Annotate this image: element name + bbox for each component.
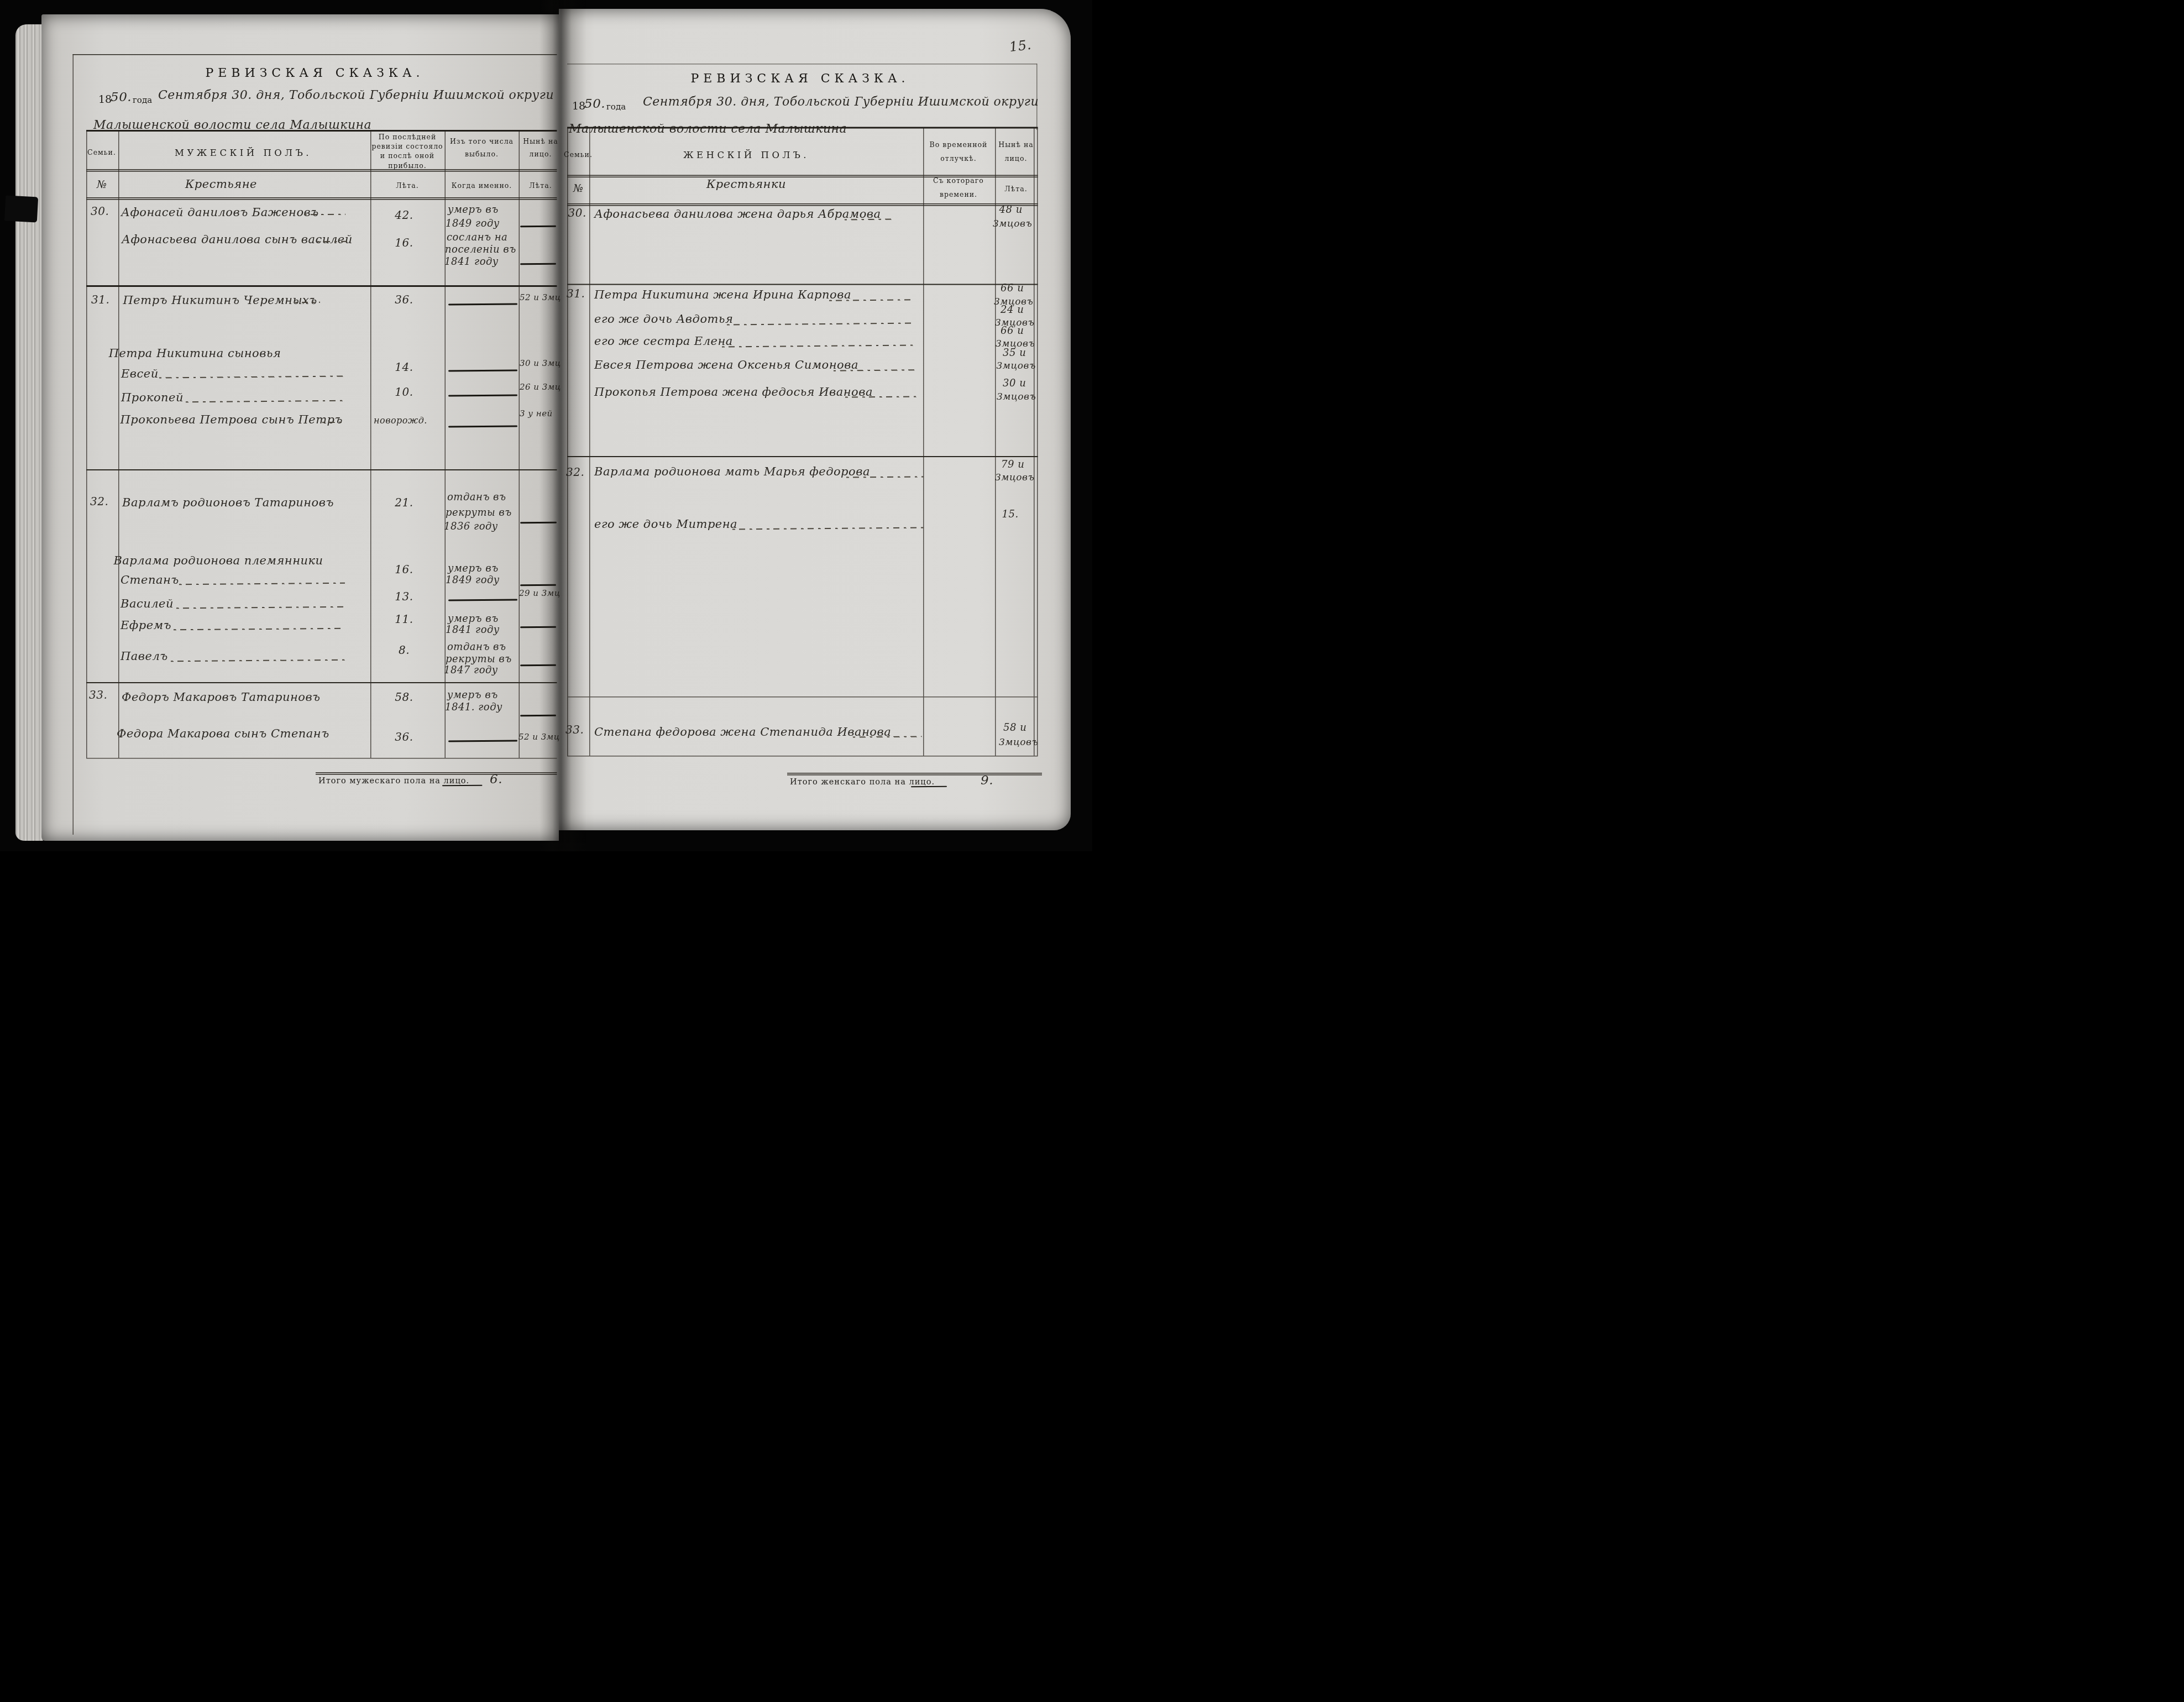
left-col-when: Когда именно. — [452, 181, 512, 190]
right-date-line: Сентября 30. дня, Тобольской Губерніи Иш… — [643, 95, 1039, 109]
leader-dashes — [295, 302, 320, 303]
left-col-revision: и послѣ оной — [380, 151, 434, 160]
right-class-handwritten: Крестьянки — [706, 177, 786, 191]
right-total-label: Итого женскаго пола на лицо. — [790, 777, 935, 786]
departed-note: 1841. году — [445, 701, 502, 713]
age-now-months: 3мцовъ — [997, 360, 1036, 371]
book-spread: РЕВИЗСКАЯ СКАЗКА. 18 50. года Сентября 3… — [0, 0, 1092, 851]
age-now: 66 и — [1001, 325, 1024, 337]
person-name: Федора Макарова сынъ Степанъ — [117, 726, 329, 740]
left-col-revision: ревизіи состояло — [371, 142, 443, 150]
departed-note: поселеніи въ — [445, 244, 516, 255]
age-now-months: 3мцовъ — [997, 391, 1036, 402]
left-table-bottom-rule — [86, 758, 557, 759]
person-name: Павелъ — [121, 649, 168, 663]
person-name: его же дочь Авдотья — [594, 312, 733, 326]
person-name: Афонасьева данилова сынъ василей — [122, 232, 353, 246]
age-at-revision: 21. — [395, 496, 413, 509]
age-now-months: 3мцовъ — [995, 472, 1034, 483]
person-name: Варлама родионова мать Марья федорова — [594, 464, 870, 478]
person-name: Афонасей даниловъ Баженовъ — [121, 205, 319, 219]
person-name: Петръ Никитинъ Черемныхъ — [123, 293, 317, 307]
left-col-rule — [519, 131, 520, 758]
family-number: 31. — [91, 294, 109, 306]
person-name: Варламъ родионовъ Татариновъ — [122, 495, 334, 509]
age-now-months: 3мцовъ — [999, 736, 1038, 747]
left-col-years: Лѣта. — [396, 181, 418, 190]
right-footer-rule — [787, 773, 1042, 776]
right-col-sex: ЖЕНСКІЙ ПОЛЪ. — [683, 149, 809, 160]
right-col-rule — [589, 128, 590, 756]
departed-note: 1836 году — [444, 521, 498, 532]
right-col-now: Нынѣ на — [998, 140, 1033, 149]
age-now: 15. — [1002, 509, 1019, 520]
right-row-separator — [567, 456, 1038, 457]
right-year-handwritten: 50. — [584, 96, 605, 111]
person-name: его же дочь Митрена — [594, 517, 737, 531]
right-col-rule — [923, 128, 924, 756]
age-at-revision: 58. — [395, 691, 413, 704]
age-now-months: 3мцовъ — [993, 218, 1032, 229]
page-edge-stack — [15, 24, 43, 841]
departed-note: умеръ въ — [448, 204, 499, 216]
left-class-handwritten: Крестьяне — [185, 177, 257, 191]
right-table-top-rule — [567, 127, 1038, 129]
departed-note: умеръ въ — [447, 689, 498, 701]
age-now: 66 и — [1001, 282, 1024, 294]
sub-heading: Варлама родионова племянники — [113, 553, 323, 567]
age-now: 48 и — [999, 204, 1023, 216]
age-at-revision: новорожд. — [374, 415, 427, 426]
departed-note: 1841 году — [446, 624, 500, 636]
left-row-separator — [86, 682, 557, 683]
left-frame-top-rule — [73, 54, 557, 55]
right-col-since: времени. — [940, 190, 977, 198]
left-year-handwritten: 50. — [111, 89, 132, 104]
age-at-revision: 36. — [395, 731, 413, 743]
right-table-bottom-rule — [567, 756, 1038, 757]
age-at-revision: 16. — [395, 563, 413, 576]
departed-note: отданъ въ — [447, 641, 506, 653]
departed-note: сосланъ на — [447, 232, 507, 243]
departed-note: умеръ въ — [448, 563, 499, 574]
departed-note: 1841 году — [444, 256, 499, 268]
right-year-word: года — [606, 102, 626, 112]
left-header-rule — [86, 197, 557, 200]
right-total-value: 9. — [981, 772, 993, 787]
left-col-no: № — [97, 179, 107, 191]
page-number: 15. — [1008, 37, 1032, 55]
left-table-top-rule — [86, 130, 557, 132]
left-col-departed: Изъ того числа — [450, 137, 514, 145]
family-number: 30. — [91, 205, 109, 218]
bookmark-tab — [4, 195, 38, 222]
left-year-word: года — [133, 95, 152, 105]
left-col-departed: выбыло. — [465, 150, 499, 158]
right-row-separator — [567, 284, 1038, 285]
leader-dashes — [322, 422, 345, 423]
person-name: Евсея Петрова жена Оксенья Симонова — [594, 358, 858, 372]
left-header-rule — [86, 169, 557, 172]
departed-note: отданъ въ — [447, 491, 506, 503]
family-number: 33. — [89, 689, 107, 701]
age-at-revision: 42. — [395, 209, 413, 222]
left-footer-rule — [316, 772, 557, 775]
right-col-rule — [1034, 128, 1035, 756]
person-name: Василей — [121, 596, 174, 610]
family-number: 32. — [90, 495, 108, 508]
age-at-revision: 10. — [395, 386, 413, 399]
left-frame-rule — [73, 54, 74, 835]
person-name: Петра Никитина жена Ирина Карпова — [594, 287, 851, 301]
right-row-separator — [567, 696, 1038, 698]
book-gutter-shadow — [540, 0, 586, 851]
left-date-line: Сентября 30. дня, Тобольской Губерніи Иш… — [158, 88, 554, 102]
left-col-rule — [370, 131, 371, 758]
person-name: Степана федорова жена Степанида Иванова — [594, 725, 891, 739]
age-at-revision: 14. — [395, 361, 413, 374]
age-now: 24 и — [1001, 304, 1024, 316]
age-at-revision: 8. — [399, 644, 410, 657]
left-col-family: Семьи. — [87, 148, 116, 156]
person-name: Ефремъ — [121, 618, 171, 632]
left-total-value: 6. — [490, 771, 502, 786]
age-now: 35 и — [1003, 347, 1026, 359]
right-place-line: Малышенской волости села Малышкина — [569, 122, 847, 136]
departed-note: рекруты въ — [446, 507, 512, 519]
left-row-separator — [86, 469, 557, 470]
age-now: 79 и — [1001, 459, 1024, 470]
right-page-title: РЕВИЗСКАЯ СКАЗКА. — [690, 71, 909, 86]
person-name: Прокопей — [121, 390, 184, 404]
right-col-absence: отлучкѣ. — [940, 154, 976, 163]
right-header-rule — [567, 203, 1038, 206]
person-name: Прокопья Петрова жена федосья Иванова — [594, 385, 873, 399]
departed-note: 1849 году — [446, 218, 500, 229]
left-col-sex: МУЖЕСКІЙ ПОЛЪ. — [175, 148, 312, 159]
right-col-since: Съ котораго — [933, 176, 984, 185]
age-now: 30 и — [1003, 378, 1026, 389]
person-name: Афонасьева данилова жена дарья Абрамова — [594, 207, 881, 221]
left-col-rule — [118, 131, 119, 758]
right-col-years: Лѣта. — [1004, 185, 1027, 193]
person-name: Прокопьева Петрова сынъ Петръ — [121, 412, 343, 426]
left-page-title: РЕВИЗСКАЯ СКАЗКА. — [205, 66, 424, 80]
sub-heading: Петра Никитина сыновья — [109, 346, 281, 360]
age-at-revision: 36. — [395, 294, 413, 306]
left-col-rule — [86, 131, 87, 758]
departed-note: умеръ въ — [448, 613, 499, 625]
scanned-book-photo: РЕВИЗСКАЯ СКАЗКА. 18 50. года Сентября 3… — [0, 0, 1092, 851]
left-col-revision: прибыло. — [388, 161, 427, 170]
right-col-absence: Во временной — [930, 140, 988, 149]
left-row-separator — [86, 285, 557, 287]
person-name: Степанъ — [121, 573, 179, 586]
age-at-revision: 13. — [395, 590, 413, 603]
age-now: 58 и — [1003, 722, 1026, 734]
right-col-now: лицо. — [1005, 154, 1028, 163]
age-at-revision: 16. — [395, 237, 413, 249]
right-col-rule — [1037, 128, 1038, 756]
departed-note: 1847 году — [444, 664, 498, 676]
left-col-revision: По послѣдней — [379, 133, 437, 141]
age-at-revision: 11. — [395, 613, 413, 626]
right-frame-top-rule — [567, 64, 1037, 65]
departed-note: 1849 году — [446, 574, 500, 586]
person-name: его же сестра Елена — [594, 334, 733, 348]
departed-note: рекруты въ — [446, 653, 512, 665]
left-total-label: Итого мужескаго пола на лицо. — [318, 776, 469, 785]
person-name: Федоръ Макаровъ Татариновъ — [122, 690, 321, 704]
person-name: Евсей — [121, 366, 159, 380]
left-year-printed: 18 — [98, 93, 112, 105]
